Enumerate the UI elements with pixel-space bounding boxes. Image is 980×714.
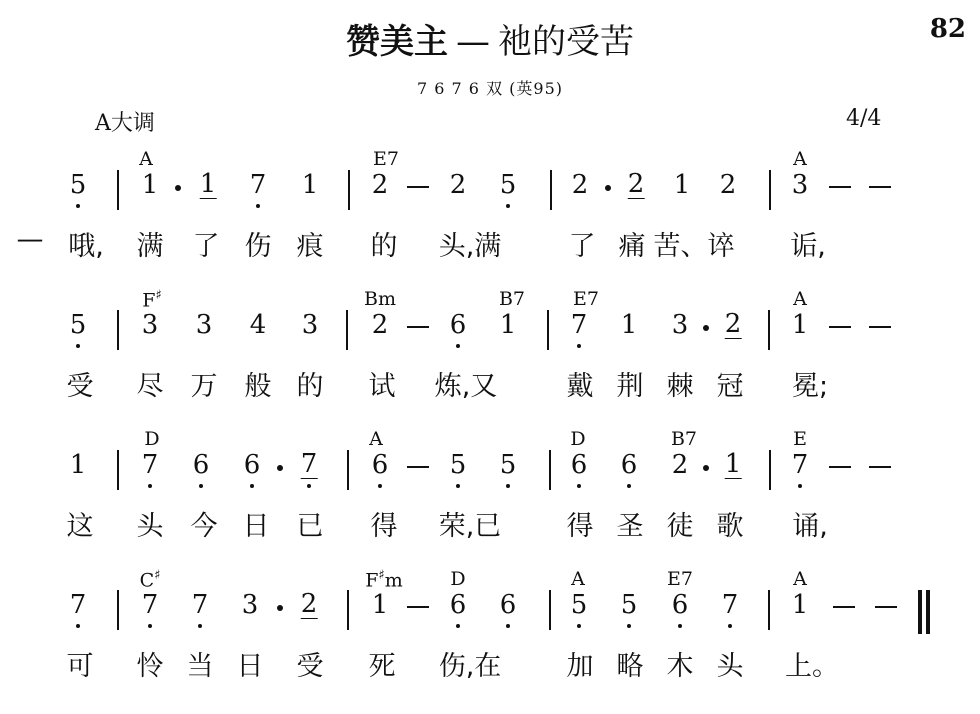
low-octave-dot — [378, 484, 382, 488]
note: 1 — [674, 170, 691, 200]
low-octave-dot — [577, 624, 581, 628]
hold-dash — [869, 186, 891, 188]
lyric-syllable: 了 — [193, 224, 220, 263]
note: 1 — [200, 170, 217, 199]
note: 6 — [244, 450, 261, 480]
lyric-syllable: 的 — [297, 364, 324, 403]
score-row: C♯F♯mDAE7A7773216655671可怜当日受死伤,在加略木头上。 — [0, 560, 980, 700]
bar-line — [117, 170, 119, 210]
bar-line — [768, 590, 770, 630]
note: 5 — [621, 590, 638, 620]
note: 2 — [572, 170, 589, 200]
hold-dash — [407, 466, 429, 468]
low-octave-dot — [506, 484, 510, 488]
lyric-syllable: 得 — [371, 504, 398, 543]
chord-symbol: D — [144, 428, 159, 450]
chord-symbol: E7 — [667, 568, 693, 590]
note: 6 — [500, 590, 517, 620]
dot-augmentation — [703, 465, 709, 471]
note: 7 — [792, 450, 809, 480]
lyric-syllable: 炼,又 — [435, 364, 498, 403]
bar-line — [768, 310, 770, 350]
low-octave-dot — [456, 624, 460, 628]
note: 5 — [500, 170, 517, 200]
note: 6 — [571, 450, 588, 480]
final-bar-line — [918, 590, 922, 634]
chord-symbol: Bm — [364, 288, 396, 310]
low-octave-dot — [506, 624, 510, 628]
low-octave-dot — [456, 344, 460, 348]
lyric-syllable: 可 — [67, 644, 94, 683]
lyric-syllable: 棘 — [667, 364, 694, 403]
note: 1 — [621, 310, 638, 340]
note: 2 — [628, 170, 645, 199]
bar-line — [769, 170, 771, 210]
chord-symbol: F♯ — [142, 288, 161, 311]
bar-line — [348, 170, 350, 210]
chord-symbol: A — [571, 568, 585, 590]
note: 1 — [500, 310, 517, 340]
note: 3 — [142, 310, 159, 340]
chord-symbol: D — [570, 428, 585, 450]
chord-symbol: E7 — [373, 148, 399, 170]
chord-symbol: A — [139, 148, 153, 170]
note: 1 — [302, 170, 319, 200]
note: 2 — [372, 170, 389, 200]
meter-info: 7 6 7 6 双 (英95) — [0, 76, 980, 99]
lyric-syllable: 头,满 — [439, 224, 502, 263]
hymn-title: 赞美主—祂的受苦 — [0, 14, 980, 63]
note: 2 — [450, 170, 467, 200]
note: 2 — [720, 170, 737, 200]
note: 2 — [301, 590, 318, 619]
time-signature: 4/4 — [846, 106, 881, 131]
dot-augmentation — [175, 185, 181, 191]
chord-symbol: D — [450, 568, 465, 590]
low-octave-dot — [456, 484, 460, 488]
bar-line — [769, 450, 771, 490]
low-octave-dot — [76, 344, 80, 348]
bar-line — [117, 450, 119, 490]
note: 7 — [571, 310, 588, 340]
low-octave-dot — [577, 344, 581, 348]
chord-symbol: A — [793, 568, 807, 590]
lyric-syllable: 冕; — [792, 364, 828, 403]
lyric-syllable: 得 — [567, 504, 594, 543]
bar-line — [549, 590, 551, 630]
low-octave-dot — [198, 624, 202, 628]
note: 2 — [725, 310, 742, 339]
lyric-syllable: 加 — [567, 644, 594, 683]
chord-symbol: C♯ — [140, 568, 161, 591]
title-main: 赞美主 — [346, 22, 448, 62]
chord-symbol: A — [369, 428, 383, 450]
note: 3 — [672, 310, 689, 340]
note: 2 — [672, 450, 689, 480]
lyric-syllable: 痛 — [619, 224, 646, 263]
lyric-syllable: 了 — [569, 224, 596, 263]
hold-dash — [407, 186, 429, 188]
lyric-syllable: 诵, — [792, 504, 828, 543]
lyric-syllable: 的 — [371, 224, 398, 263]
low-octave-dot — [678, 624, 682, 628]
lyric-syllable: 今 — [191, 504, 218, 543]
low-octave-dot — [728, 624, 732, 628]
lyric-syllable: 痕 — [297, 224, 324, 263]
lyric-syllable: 怜 — [137, 644, 164, 683]
title-separator: — — [456, 22, 490, 62]
note: 7 — [722, 590, 739, 620]
low-octave-dot — [250, 484, 254, 488]
chord-symbol: A — [793, 288, 807, 310]
bar-line — [346, 310, 348, 350]
hold-dash — [407, 606, 429, 608]
lyric-syllable: 尽 — [137, 364, 164, 403]
bar-line — [550, 170, 552, 210]
hold-dash — [829, 186, 851, 188]
note: 7 — [142, 450, 159, 480]
lyric-syllable: 伤 — [245, 224, 272, 263]
lyric-syllable: 日 — [237, 644, 264, 683]
low-octave-dot — [76, 204, 80, 208]
low-octave-dot — [199, 484, 203, 488]
note: 3 — [792, 170, 809, 200]
bar-line — [347, 590, 349, 630]
lyric-syllable: 伤,在 — [439, 644, 502, 683]
chord-symbol: B7 — [671, 428, 697, 450]
lyric-syllable: 已 — [297, 504, 324, 543]
chord-symbol: E — [793, 428, 807, 450]
note: 3 — [196, 310, 213, 340]
lyric-syllable: 木 — [667, 644, 694, 683]
note: 7 — [70, 590, 87, 620]
note: 5 — [500, 450, 517, 480]
low-octave-dot — [627, 484, 631, 488]
lyric-syllable: 般 — [245, 364, 272, 403]
lyric-syllable: 戴 — [567, 364, 594, 403]
note: 7 — [250, 170, 267, 200]
hold-dash — [875, 606, 897, 608]
low-octave-dot — [148, 624, 152, 628]
note: 5 — [70, 310, 87, 340]
lyric-syllable: 哦, — [68, 224, 104, 263]
dot-augmentation — [605, 185, 611, 191]
lyric-syllable: 徒 — [667, 504, 694, 543]
bar-line — [347, 450, 349, 490]
key-signature: A大调 — [95, 106, 155, 137]
low-octave-dot — [506, 204, 510, 208]
lyric-syllable: 荆 — [617, 364, 644, 403]
note: 4 — [250, 310, 267, 340]
note: 1 — [792, 590, 809, 620]
note: 6 — [450, 310, 467, 340]
note: 5 — [571, 590, 588, 620]
note: 3 — [302, 310, 319, 340]
score-row: AE7A5117122522123—哦,满了伤痕的头,满了痛苦、谇诟, — [0, 140, 980, 280]
lyric-syllable: 荣,已 — [439, 504, 502, 543]
lyric-syllable: 头 — [717, 644, 744, 683]
lyric-syllable: 当 — [187, 644, 214, 683]
note: 7 — [192, 590, 209, 620]
low-octave-dot — [256, 204, 260, 208]
hymn-number: 82 — [930, 14, 966, 44]
note: 5 — [450, 450, 467, 480]
lyric-syllable: 受 — [297, 644, 324, 683]
lyric-syllable: 诟, — [790, 224, 826, 263]
note: 1 — [142, 170, 159, 200]
dot-augmentation — [277, 465, 283, 471]
note: 7 — [301, 450, 318, 479]
bar-line — [549, 450, 551, 490]
dot-augmentation — [277, 605, 283, 611]
lyric-syllable: 头 — [137, 504, 164, 543]
low-octave-dot — [76, 624, 80, 628]
lyric-syllable: 苦、谇 — [654, 224, 735, 263]
note: 2 — [372, 310, 389, 340]
lyric-syllable: 冠 — [717, 364, 744, 403]
score-row: F♯BmB7E7A5334326171321受尽万般的试炼,又戴荆棘冠冕; — [0, 280, 980, 420]
lyric-syllable: 这 — [67, 504, 94, 543]
hold-dash — [833, 606, 855, 608]
hold-dash — [829, 466, 851, 468]
chord-symbol: A — [793, 148, 807, 170]
lyric-syllable: 上。 — [785, 644, 839, 683]
low-octave-dot — [577, 484, 581, 488]
note: 6 — [372, 450, 389, 480]
lyric-syllable: 日 — [243, 504, 270, 543]
hold-dash — [869, 466, 891, 468]
bar-line — [547, 310, 549, 350]
note: 1 — [792, 310, 809, 340]
note: 6 — [450, 590, 467, 620]
hold-dash — [829, 326, 851, 328]
title-subtitle: 祂的受苦 — [498, 22, 634, 62]
lyric-syllable: 歌 — [717, 504, 744, 543]
dot-augmentation — [703, 325, 709, 331]
final-bar-line-thin — [926, 590, 930, 634]
lyric-syllable: — — [17, 224, 44, 255]
lyric-syllable: 死 — [369, 644, 396, 683]
hold-dash — [869, 326, 891, 328]
chord-symbol: B7 — [499, 288, 525, 310]
lyric-syllable: 略 — [617, 644, 644, 683]
score-row: DADB7E1766765566217这头今日已得荣,已得圣徒歌诵, — [0, 420, 980, 560]
note: 7 — [142, 590, 159, 620]
bar-line — [117, 310, 119, 350]
lyric-syllable: 试 — [369, 364, 396, 403]
lyric-syllable: 受 — [67, 364, 94, 403]
note: 6 — [193, 450, 210, 480]
hold-dash — [407, 326, 429, 328]
note: 5 — [70, 170, 87, 200]
note: 3 — [242, 590, 259, 620]
lyric-syllable: 满 — [137, 224, 164, 263]
bar-line — [117, 590, 119, 630]
note: 1 — [725, 450, 742, 479]
chord-symbol: E7 — [573, 288, 599, 310]
lyric-syllable: 圣 — [617, 504, 644, 543]
low-octave-dot — [798, 484, 802, 488]
low-octave-dot — [148, 484, 152, 488]
note: 6 — [672, 590, 689, 620]
low-octave-dot — [627, 624, 631, 628]
note: 6 — [621, 450, 638, 480]
note: 1 — [70, 450, 87, 480]
low-octave-dot — [307, 484, 311, 488]
lyric-syllable: 万 — [191, 364, 218, 403]
note: 1 — [372, 590, 389, 620]
chord-symbol: F♯m — [365, 568, 403, 591]
